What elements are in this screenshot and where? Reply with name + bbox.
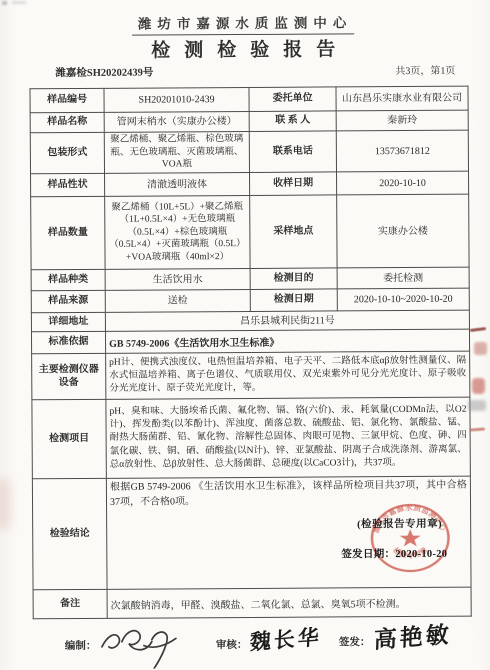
field-value: 13573671812 [336, 130, 468, 172]
field-value: SH20201010-2439 [104, 87, 249, 112]
field-label: 委托单位 [249, 87, 336, 112]
field-label: 检测目的 [250, 268, 337, 290]
page-count: 共3页，第1页 [395, 62, 455, 77]
field-value: 山东昌乐实康水业有限公司 [336, 86, 468, 111]
table-row: 包装形式 聚乙烯桶、聚乙烯瓶、棕色玻璃瓶、无色玻璃瓶、灭菌玻璃瓶、VOA瓶 联系… [30, 130, 468, 174]
field-label: 详细地址 [31, 312, 105, 331]
report-number: 潍嘉检SH20202439号 [55, 65, 153, 81]
star-icon [400, 529, 421, 546]
field-value: 清澈透明液体 [105, 172, 250, 196]
table-row: 标准依据 GB 5749-2006《生活饮用水卫生标准》 [31, 329, 469, 354]
field-label: 包装形式 [30, 132, 104, 173]
field-label: 样品性状 [31, 173, 105, 196]
table-row: 样品名称 管网末梢水（实康办公楼） 联 系 人 秦新玲 [30, 110, 468, 133]
issued-signature: 高艳敏 [373, 616, 452, 655]
report-meta: 潍嘉检SH20202439号 共3页，第1页 [55, 62, 455, 80]
field-label: 样品种类 [31, 269, 105, 290]
table-row: 检测项目 pH、臭和味、大肠埃希氏菌、氟化物、镉、铬(六价)、汞、耗氧量(COD… [32, 397, 470, 479]
field-value: 生活饮用水 [105, 268, 250, 290]
field-label: 联系电话 [249, 131, 336, 173]
seal-icon: 潍坊市嘉源水质监测中心 检验专用章 [359, 494, 462, 583]
field-value: 次氯酸钠消毒，甲醛、溴酸盐、二氧化氯、总氯、臭氧5项不检测。 [107, 587, 471, 618]
field-value: 送检 [105, 289, 250, 312]
field-value: 聚乙烯桶（10L+5L）+聚乙烯瓶（1L+0.5L×4）+无色玻璃瓶（0.5L×… [105, 195, 250, 269]
table-row: 样品来源 送检 检测日期 2020-10-10~2020-10-20 [31, 288, 469, 313]
field-label: 样品数量 [31, 196, 105, 269]
table-row: 样品数量 聚乙烯桶（10L+5L）+聚乙烯瓶（1L+0.5L×4）+无色玻璃瓶（… [31, 194, 469, 270]
reviewed-by-label: 审核： [216, 637, 248, 652]
table-row: 样品编号 SH20201010-2439 委托单位 山东昌乐实康水业有限公司 [30, 86, 468, 113]
prepared-signature-icon [96, 618, 188, 669]
header: 潍坊市嘉源水质监测中心 [0, 11, 488, 37]
field-label: 检测日期 [250, 289, 337, 312]
table-row: 主要检测仪器设备 pH计、便携式浊度仪、电热恒温培养箱、电子天平、二路低本底αβ… [32, 351, 470, 400]
field-value: 实康办公楼 [337, 194, 469, 268]
issue-date: 签发日期：2020-10-20 [341, 546, 447, 562]
table-row: 样品种类 生活饮用水 检测目的 委托检测 [31, 267, 469, 291]
field-value: 秦新玲 [336, 110, 468, 131]
issued-by-label: 签发： [339, 634, 371, 649]
field-label: 样品编号 [30, 88, 104, 112]
official-seal: 潍坊市嘉源水质监测中心 检验专用章 [359, 494, 462, 583]
field-label: 标准依据 [31, 331, 105, 353]
field-value: 委托检测 [337, 267, 469, 289]
field-label: 备注 [33, 589, 107, 618]
field-label: 样品名称 [30, 112, 104, 132]
report-page: 潍坊市嘉源水质监测中心 检测检验报告 潍嘉检SH20202439号 共3页，第1… [0, 0, 490, 670]
field-label: 主要检测仪器设备 [32, 353, 106, 399]
field-label: 采样地点 [250, 195, 337, 269]
scanned-sheet: 潍坊市嘉源水质监测中心 检测检验报告 潍嘉检SH20202439号 共3页，第1… [0, 0, 490, 670]
field-label: 检验结论 [32, 478, 107, 589]
field-value: 2020-10-10~2020-10-20 [337, 288, 469, 311]
table-row: 备注 次氯酸钠消毒，甲醛、溴酸盐、二氧化氯、总氯、臭氧5项不检测。 [33, 587, 471, 619]
field-label: 检测项目 [32, 399, 106, 478]
field-label: 联 系 人 [249, 111, 336, 132]
field-value: GB 5749-2006《生活饮用水卫生标准》 [105, 329, 469, 353]
reviewed-signature: 魏长华 [250, 621, 323, 657]
field-value: 昌乐县城利民街211号 [105, 310, 469, 331]
field-value: pH计、便携式浊度仪、电热恒温培养箱、电子天平、二路低本底αβ放射性测量仪、隔水… [106, 351, 470, 399]
org-title: 潍坊市嘉源水质监测中心 [132, 11, 355, 35]
field-value: pH、臭和味、大肠埃希氏菌、氟化物、镉、铬(六价)、汞、耗氧量(CODMn法，以… [106, 397, 470, 478]
field-label: 收样日期 [250, 172, 337, 196]
field-value: 管网末梢水（实康办公楼） [104, 111, 249, 132]
seal-note-text: (检验报告专用章) [357, 516, 442, 532]
report-title: 检测检验报告 [151, 34, 349, 62]
prepared-by-label: 编制： [65, 638, 97, 653]
field-label: 样品来源 [31, 290, 105, 312]
field-value: 2020-10-10 [337, 171, 469, 195]
field-value: 聚乙烯桶、聚乙烯瓶、棕色玻璃瓶、无色玻璃瓶、灭菌玻璃瓶、VOA瓶 [104, 131, 249, 173]
table-row: 样品性状 清澈透明液体 收样日期 2020-10-10 [31, 171, 469, 197]
